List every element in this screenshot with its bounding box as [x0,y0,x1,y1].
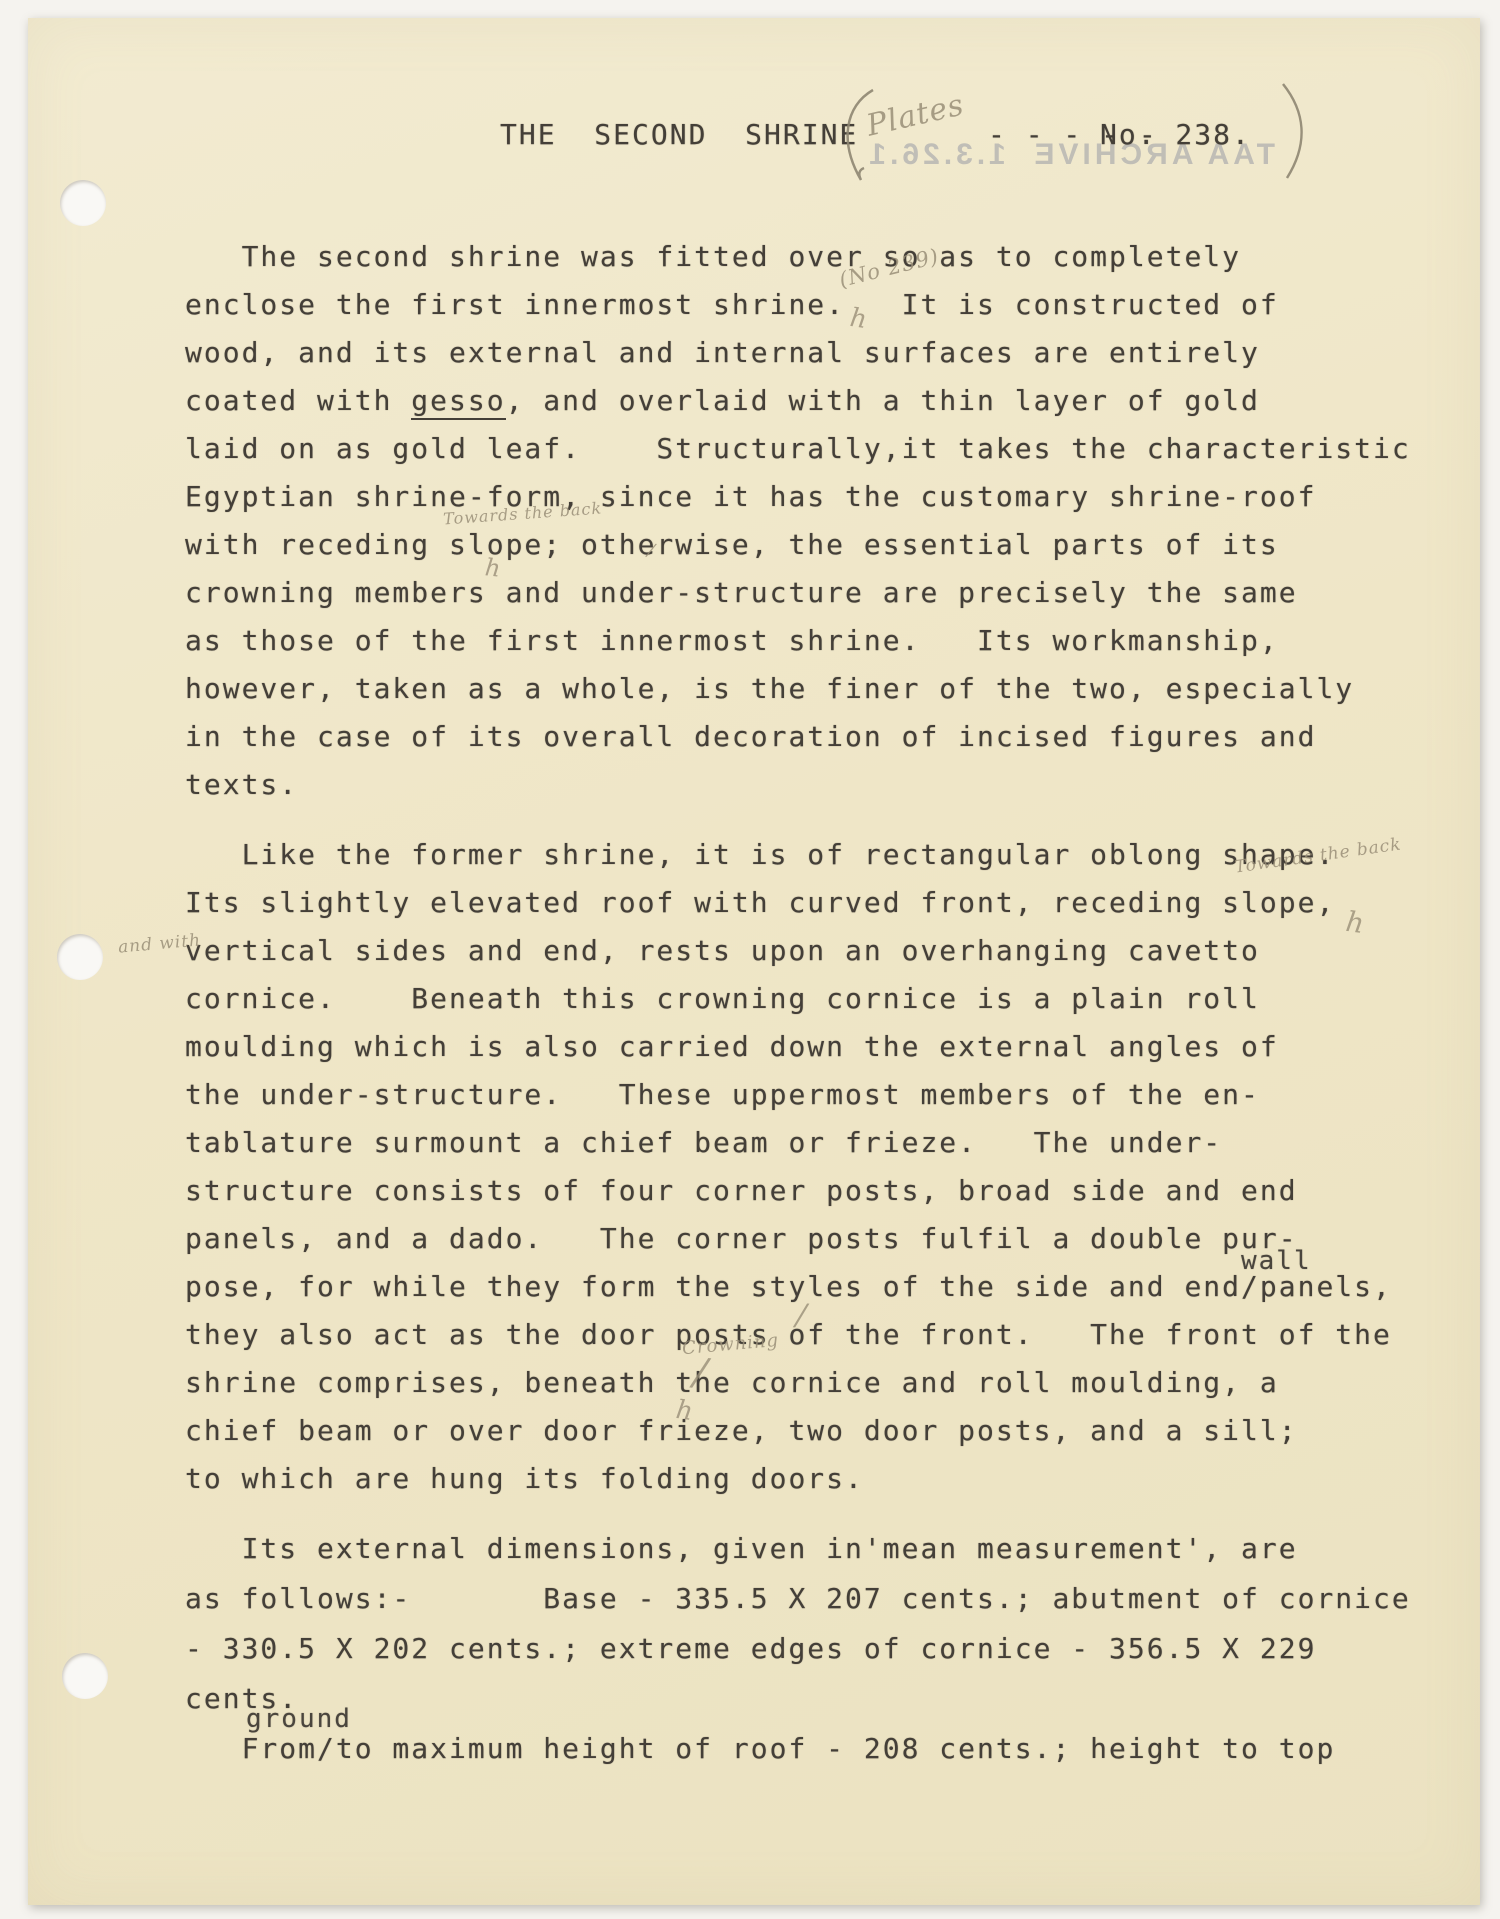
typed-line: - 330.5 X 202 cents.; extreme edges of c… [185,1624,1411,1674]
typed-line: as those of the first innermost shrine. … [185,617,1411,665]
typed-line: crowning members and under-structure are… [185,569,1411,617]
typed-line: shrine comprises, beneath the cornice an… [185,1359,1392,1407]
typed-line: pose, for while they form the styles of … [185,1263,1392,1311]
typed-line: structure consists of four corner posts,… [185,1167,1392,1215]
typed-line: panels, and a dado. The corner posts ful… [185,1215,1392,1263]
typed-line: From/to maximum height of roof - 208 cen… [185,1724,1411,1774]
typed-line: the under-structure. These uppermost mem… [185,1071,1392,1119]
typed-line: wood, and its external and internal surf… [185,329,1411,377]
paragraph-2: Like the former shrine, it is of rectang… [185,831,1392,1503]
typed-line: cornice. Beneath this crowning cornice i… [185,975,1392,1023]
punch-hole-middle [57,934,103,980]
typed-line: Its slightly elevated roof with curved f… [185,879,1392,927]
title-number: No. 238. [1100,118,1251,151]
typed-line: vertical sides and end, rests upon an ov… [185,927,1392,975]
typed-line: cents. [185,1674,1411,1724]
typed-line: chief beam or over door frieze, two door… [185,1407,1392,1455]
typed-line: Like the former shrine, it is of rectang… [185,831,1392,879]
typed-insertion-ground: ground [246,1704,352,1734]
paragraph-1: The second shrine was fitted over so as … [185,233,1411,809]
typed-line: with receding slope; otherwise, the esse… [185,521,1411,569]
typed-line: coated with gesso, and overlaid with a t… [185,377,1411,425]
typed-line: enclose the first innermost shrine. It i… [185,281,1411,329]
handwritten-paren-close-icon [1277,80,1313,180]
paragraph-3: Its external dimensions, given in'mean m… [185,1524,1411,1774]
scan-bed: { "title": { "typed": "THE SECOND SHRINE… [0,0,1500,1919]
typed-line: however, taken as a whole, is the finer … [185,665,1411,713]
typed-line: The second shrine was fitted over so as … [185,233,1411,281]
typed-line: to which are hung its folding doors. [185,1455,1392,1503]
typed-line: in the case of its overall decoration of… [185,713,1411,761]
typed-line: Its external dimensions, given in'mean m… [185,1524,1411,1574]
typed-line: moulding which is also carried down the … [185,1023,1392,1071]
document-page: TAA ARCHIVE 1.3.26.1 THE SECOND SHRINE P… [28,18,1480,1905]
punch-hole-top [60,180,106,226]
pencil-caret-2: h [484,553,502,582]
typed-line: Egyptian shrine-form, since it has the c… [185,473,1411,521]
handwritten-plates-note: Plates [863,87,967,143]
typed-insertion-wall: wall [1241,1246,1312,1276]
typed-line: tablature surmount a chief beam or friez… [185,1119,1392,1167]
punch-hole-bottom [62,1653,108,1699]
typed-line: texts. [185,761,1411,809]
page-title: THE SECOND SHRINE [500,118,858,151]
typed-line: laid on as gold leaf. Structurally,it ta… [185,425,1411,473]
typed-line: they also act as the door posts of the f… [185,1311,1392,1359]
typed-line: as follows:- Base - 335.5 X 207 cents.; … [185,1574,1411,1624]
